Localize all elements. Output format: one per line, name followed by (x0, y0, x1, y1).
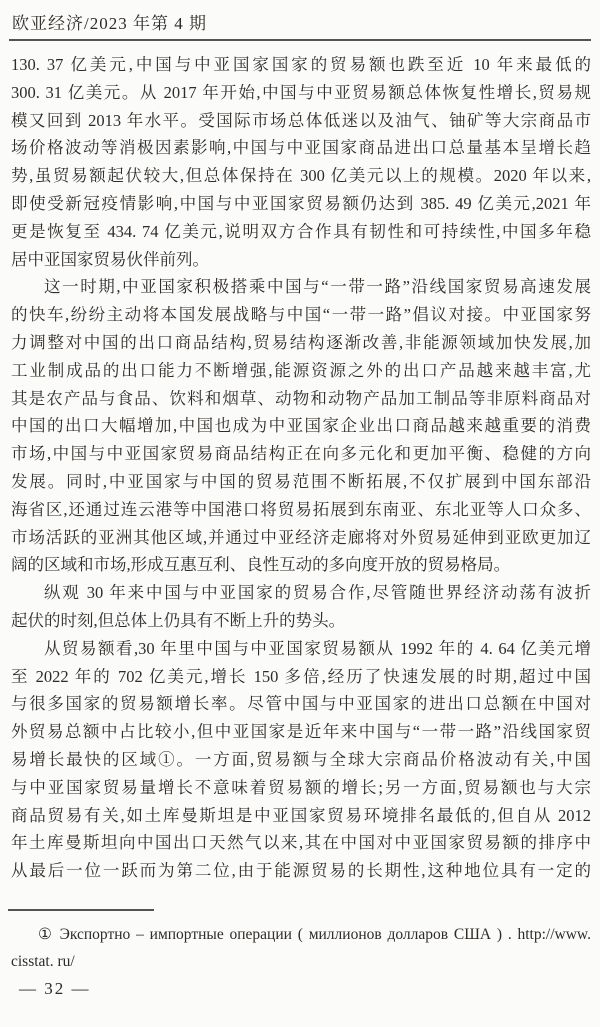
footnote-line-2: cisstat. ru/ (11, 948, 591, 975)
paragraph: 130. 37 亿美元,中国与中亚国家国家的贸易额也跌至近 10 年来最低的30… (11, 51, 591, 273)
paragraph: 纵观 30 年来中国与中亚国家的贸易合作,尽管随世界经济动荡有波折起伏的时刻,但… (11, 579, 591, 635)
body-line: 阔的区域和市场,形成互惠互利、良性互动的多向度开放的贸易格局。 (11, 551, 591, 579)
body-line: 从最后一位一跃而为第二位,由于能源贸易的长期性,这种地位具有一定的 (11, 857, 591, 885)
body-line: 130. 37 亿美元,中国与中亚国家国家的贸易额也跌至近 10 年来最低的 (11, 51, 591, 79)
body-line: 易增长最快的区域①。一方面,贸易额与全球大宗商品价格波动有关,中国 (11, 746, 591, 774)
body-line: 起伏的时刻,但总体上仍具有不断上升的势头。 (11, 607, 591, 635)
article-body: 130. 37 亿美元,中国与中亚国家国家的贸易额也跌至近 10 年来最低的30… (11, 51, 591, 885)
footnote-separator (8, 909, 154, 911)
paragraph: 这一时期,中亚国家积极搭乘中国与“一带一路”沿线国家贸易高速发展的快车,纷纷主动… (11, 273, 591, 579)
journal-issue-title: 欧亚经济/2023 年第 4 期 (12, 12, 207, 36)
body-line: 模又回到 2013 年水平。受国际市场总体低迷以及油气、铀矿等大宗商品市 (11, 107, 591, 135)
body-line: 纵观 30 年来中国与中亚国家的贸易合作,尽管随世界经济动荡有波折 (11, 579, 591, 607)
body-line: 市场,中国与中亚国家贸易商品结构正在向多元化和更加平衡、稳健的方向 (11, 440, 591, 468)
footnote-line-1: ① Экспортно – импортные операции ( милли… (11, 921, 591, 948)
body-line: 工业制成品的出口能力不断增强,能源资源之外的出口产品越来越丰富,尤 (11, 357, 591, 385)
body-line: 居中亚国家贸易伙伴前列。 (11, 246, 591, 274)
body-line: 中国的出口大幅增加,中国也成为中亚国家企业出口商品越来越重要的消费 (11, 412, 591, 440)
body-line: 外贸易总额中占比较小,但中亚国家是近年来中国与“一带一路”沿线国家贸 (11, 718, 591, 746)
header-rule (9, 39, 591, 41)
body-line: 其是农产品与食品、饮料和烟草、动物和动物产品加工制品等非原料商品对 (11, 385, 591, 413)
body-line: 从贸易额看,30 年里中国与中亚国家贸易额从 1992 年的 4. 64 亿美元… (11, 635, 591, 663)
body-line: 与中亚国家贸易量增长不意味着贸易额的增长;另一方面,贸易额也与大宗 (11, 774, 591, 802)
body-line: 势,虽贸易额起伏较大,但总体保持在 300 亿美元以上的规模。2020 年以来, (11, 162, 591, 190)
body-line: 力调整对中国的出口商品结构,贸易结构逐渐改善,非能源领域加快发展,加 (11, 329, 591, 357)
body-line: 即使受新冠疫情影响,中国与中亚国家贸易额仍达到 385. 49 亿美元,2021… (11, 190, 591, 218)
body-line: 至 2022 年的 702 亿美元,增长 150 多倍,经历了快速发展的时期,超… (11, 663, 591, 691)
journal-page: 欧亚经济/2023 年第 4 期 130. 37 亿美元,中国与中亚国家国家的贸… (0, 0, 600, 1027)
body-line: 这一时期,中亚国家积极搭乘中国与“一带一路”沿线国家贸易高速发展 (11, 273, 591, 301)
footnote: ① Экспортно – импортные операции ( милли… (11, 921, 591, 975)
body-line: 300. 31 亿美元。从 2017 年开始,中国与中亚贸易额总体恢复性增长,贸… (11, 79, 591, 107)
body-line: 市场活跃的亚洲其他区域,并通过中亚经济走廊将对外贸易延伸到亚欧更加辽 (11, 524, 591, 552)
body-line: 更是恢复至 434. 74 亿美元,说明双方合作具有韧性和可持续性,中国多年稳 (11, 218, 591, 246)
body-line: 与很多国家的贸易额增长率。尽管中国与中亚国家的进出口总额在中国对 (11, 690, 591, 718)
body-line: 商品贸易有关,如土库曼斯坦是中亚国家贸易环境排名最低的,但自从 2012 (11, 802, 591, 830)
body-line: 场价格波动等消极因素影响,中国与中亚国家商品进出口总量基本呈增长趋 (11, 134, 591, 162)
body-line: 发展。同时,中亚国家与中国的贸易范围不断拓展,不仅扩展到中国东部沿 (11, 468, 591, 496)
paragraph: 从贸易额看,30 年里中国与中亚国家贸易额从 1992 年的 4. 64 亿美元… (11, 635, 591, 885)
body-line: 的快车,纷纷主动将本国发展战略与中国“一带一路”倡议对接。中亚国家努 (11, 301, 591, 329)
body-line: 海省区,还通过连云港等中国港口将贸易拓展到东南亚、东北亚等人口众多、 (11, 496, 591, 524)
body-line: 年土库曼斯坦向中国出口天然气以来,其在中国对中亚国家贸易额的排序中 (11, 829, 591, 857)
page-number: — 32 — (19, 975, 91, 1002)
